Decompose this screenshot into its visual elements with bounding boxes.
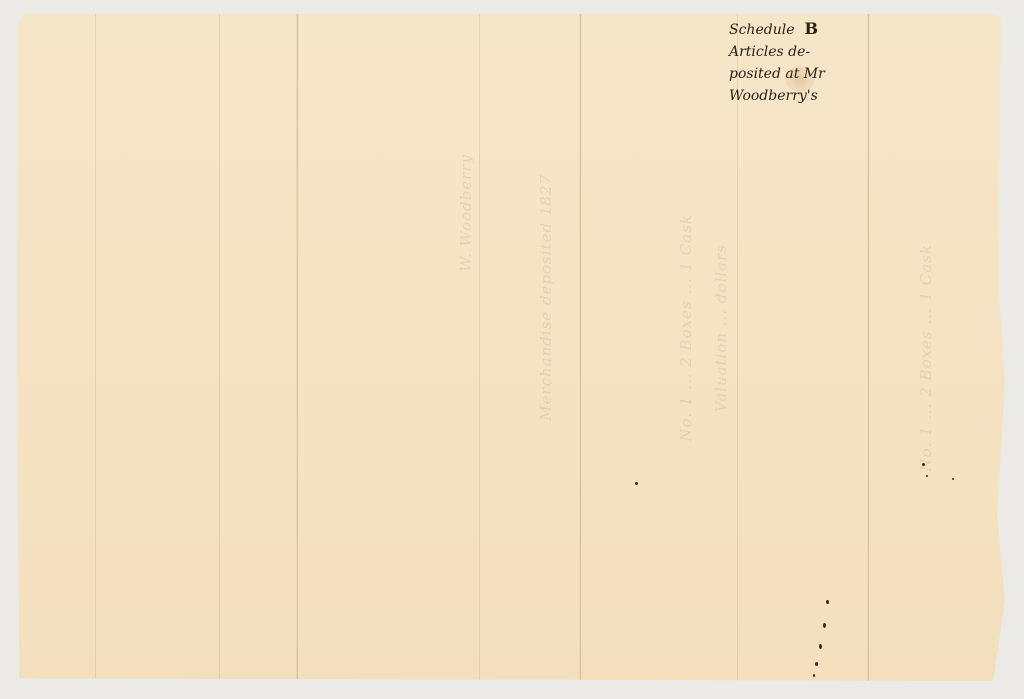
annotation-line-3: posited at Mr bbox=[729, 63, 859, 85]
bleed-through-text: Valuation ... dollars bbox=[712, 244, 730, 412]
annotation-line-2: Articles de- bbox=[729, 41, 859, 63]
ink-speck bbox=[922, 463, 925, 466]
bleed-through-text: W. Woodberry bbox=[457, 154, 475, 272]
document-page: Merchandise deposited 1827 No. 1 ... 2 B… bbox=[17, 14, 1005, 681]
schedule-letter: B bbox=[804, 18, 818, 40]
ink-speck bbox=[926, 475, 928, 477]
schedule-title-row: Schedule B bbox=[729, 18, 859, 41]
annotation-line-4: Woodberry's bbox=[729, 85, 859, 107]
ink-speck bbox=[635, 482, 638, 485]
paper-line bbox=[219, 14, 220, 681]
fold-crease-3 bbox=[867, 14, 870, 681]
ink-speck bbox=[826, 600, 829, 604]
ink-speck bbox=[815, 662, 818, 666]
schedule-annotation: Schedule B Articles de- posited at Mr Wo… bbox=[729, 18, 859, 107]
paper-line bbox=[479, 14, 480, 681]
fold-crease-2 bbox=[579, 14, 582, 681]
schedule-label: Schedule bbox=[729, 19, 794, 41]
bleed-through-text: No. 1 ... 2 Boxes ... 1 Cask bbox=[677, 214, 695, 442]
paper-line bbox=[737, 14, 738, 681]
bleed-through-text: Merchandise deposited 1827 bbox=[537, 174, 555, 421]
bleed-through-text: No. 1 ... 2 Boxes ... 1 Cask bbox=[917, 244, 935, 472]
fold-crease-1 bbox=[296, 14, 299, 681]
ink-speck bbox=[813, 674, 815, 677]
ink-speck bbox=[823, 623, 826, 628]
ink-speck bbox=[819, 644, 822, 649]
paper-line bbox=[95, 14, 96, 681]
ink-speck bbox=[952, 478, 954, 480]
